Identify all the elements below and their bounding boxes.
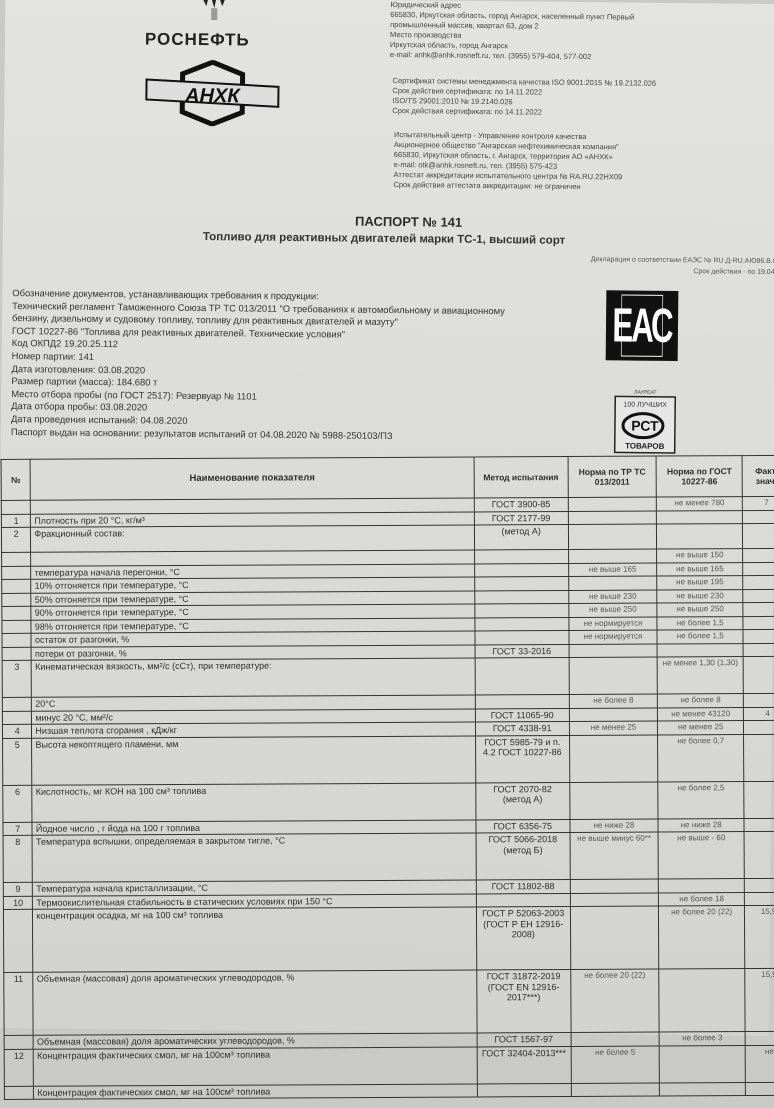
- table-row: 5Высота некоптящего пламени, ммГОСТ 5985…: [3, 734, 774, 785]
- row-norm-tr: не более 20 (22): [571, 969, 660, 1032]
- table-row: концентрация осадка, мг на 100 см³ топли…: [3, 905, 774, 972]
- row-number: [2, 620, 31, 634]
- table-body: ГОСТ 3900-85не менее 78071Плотность при …: [1, 496, 774, 1032]
- row-name: концентрация осадка, мг на 100 см³ топли…: [33, 907, 476, 972]
- row-method: [474, 563, 568, 577]
- row-method: ГОСТ 4338-91: [475, 721, 569, 735]
- row-method: (метод А): [474, 524, 568, 549]
- row-name: Кинематическая вязкость, мм²/с (сСт), пр…: [32, 658, 475, 697]
- row-number: 7: [3, 822, 32, 836]
- row-method: ГОСТ 6356-75: [476, 819, 570, 833]
- document-title: ПАСПОРТ № 141: [355, 214, 462, 230]
- row-method: ГОСТ 33-2016: [475, 644, 569, 658]
- svg-text:100 ЛУЧШИХ: 100 ЛУЧШИХ: [623, 401, 667, 408]
- row-norm-gost: [656, 510, 742, 524]
- row-norm-gost: не менее 25: [658, 721, 744, 735]
- row-fact: 7: [743, 496, 774, 510]
- row-number: [2, 566, 31, 580]
- row-method: ГОСТ 5066-2018 (метод Б): [476, 832, 571, 879]
- row-number: [2, 579, 31, 593]
- row-norm-gost: не менее 1,30 (1,30): [657, 657, 743, 694]
- row-fact: [744, 818, 774, 832]
- row-number: 10: [3, 896, 32, 910]
- row-number: 11: [4, 972, 34, 1032]
- row-method: [474, 549, 568, 563]
- row-name: Кислотность, мг КОН на 100 см³ топлива: [32, 782, 475, 821]
- row-fact: [744, 781, 774, 818]
- product-info: Обозначение документов, устанавливающих …: [11, 287, 505, 443]
- row-norm-gost: [658, 879, 744, 893]
- row-method: ГОСТ 5985-79 и п. 4.2 ГОСТ 10227-86: [475, 735, 570, 782]
- row-fact: [744, 734, 774, 781]
- table-row: 11Объемная (массовая) доля ароматических…: [4, 968, 774, 1032]
- brand-name: РОСНЕФТЬ: [145, 29, 250, 50]
- row-fact: [743, 523, 774, 548]
- row-method: ГОСТ 11065-90: [475, 708, 569, 722]
- row-norm-gost: не выше 250: [657, 603, 743, 617]
- row-norm-tr: [570, 782, 658, 819]
- address-block: Юридический адрес 665830, Иркутская обла…: [390, 0, 635, 63]
- row-name: Объемная (массовая) доля ароматических у…: [33, 970, 476, 1032]
- svg-text:ЛАУРЕАТ: ЛАУРЕАТ: [634, 390, 656, 396]
- svg-text:ТОВАРОВ: ТОВАРОВ: [625, 441, 665, 450]
- row-norm-tr: [570, 906, 659, 969]
- row-fact: [743, 562, 774, 576]
- row-norm-tr: [569, 657, 657, 694]
- row-norm-tr: не выше 165: [569, 563, 657, 577]
- row-norm-gost: [659, 969, 746, 1032]
- row-method: [474, 603, 568, 617]
- row-name: Температура вспышки, определяемая в закр…: [32, 833, 475, 882]
- row-number: [1, 500, 30, 514]
- certificates-block: Сертификат системы менеджмента качества …: [392, 76, 656, 119]
- col-norm-tr: Норма по ТР ТС 013/2011: [568, 456, 656, 497]
- row-method: [476, 893, 570, 907]
- row-norm-tr: [569, 735, 657, 782]
- row-method: [474, 617, 568, 631]
- row-norm-gost: не более 0,7: [658, 734, 744, 781]
- row-norm-tr: [569, 644, 657, 658]
- col-method: Метод испытания: [474, 456, 569, 497]
- row-fact: [743, 589, 774, 603]
- row-norm-tr: не выше 250: [569, 603, 657, 617]
- row-fact: [744, 831, 774, 878]
- row-number: 3: [2, 660, 32, 697]
- row-fact: [745, 892, 774, 906]
- declaration-validity: Срок действия - по 19.04.: [591, 265, 774, 278]
- declaration-block: Декларация о соответствии ЕАЭС № RU Д-RU…: [591, 254, 774, 278]
- row-norm-tr: не менее 25: [569, 721, 657, 735]
- row-norm-gost: не выше 230: [657, 589, 743, 603]
- row-method: [475, 694, 569, 708]
- table-row: 8Температура вспышки, определяемая в зак…: [3, 831, 774, 882]
- row-number: 1: [1, 514, 30, 528]
- row-fact: [743, 656, 774, 693]
- col-num: №: [1, 459, 31, 500]
- row-norm-tr: не более 8: [569, 694, 657, 708]
- row-method: ГОСТ 2070-82 (метод А): [475, 782, 570, 819]
- row-number: 9: [3, 882, 32, 896]
- anhk-logo-text: АНХК: [184, 85, 241, 108]
- row-norm-gost: не более 8: [657, 694, 743, 708]
- row-norm-gost: не менее 43120: [657, 707, 743, 721]
- col-name: Наименование показателя: [30, 457, 473, 500]
- row-norm-gost: не более 20 (22): [659, 906, 746, 969]
- row-method: ГОСТ 2177-99: [474, 511, 568, 525]
- row-number: [2, 711, 31, 725]
- row-norm-tr: не выше минус 60**: [570, 832, 658, 879]
- row-norm-gost: не выше - 60: [658, 832, 744, 879]
- document-subtitle: Топливо для реактивных двигателей марки …: [203, 231, 565, 247]
- row-norm-tr: [569, 708, 657, 722]
- table-row: 6Кислотность, мг КОН на 100 см³ топливаГ…: [3, 781, 774, 822]
- row-norm-gost: не более 1,5: [657, 616, 743, 630]
- best-goods-badge-icon: ЛАУРЕАТ 100 ЛУЧШИХ РСТ ТОВАРОВ: [613, 387, 678, 454]
- col-fact: Факт. знач.: [742, 455, 774, 496]
- anhk-logo-icon: АНХК: [142, 59, 283, 126]
- cert-line: Срок действия сертификата: по 14.11.2022: [392, 106, 656, 119]
- row-number: 4: [2, 724, 31, 738]
- eac-mark-text: ЕАС: [621, 294, 663, 356]
- row-norm-tr: [568, 549, 656, 563]
- row-norm-gost: [657, 643, 743, 657]
- row-number: 2: [1, 527, 31, 552]
- contact-line: e-mail: anhk@anhk.rosneft.ru, тел. (3955…: [390, 50, 634, 63]
- row-method: [474, 576, 568, 590]
- row-number: 6: [3, 785, 33, 822]
- row-fact: [744, 720, 774, 734]
- row-method: ГОСТ Р 52063-2003 (ГОСТ Р ЕН 12916-2008): [476, 906, 571, 969]
- row-norm-tr: [570, 893, 658, 907]
- row-norm-tr: не нормируется: [569, 617, 657, 631]
- row-number: [2, 606, 31, 620]
- row-method: ГОСТ 11802-88: [476, 879, 570, 893]
- row-norm-gost: не выше 195: [657, 576, 743, 590]
- row-fact: [743, 602, 774, 616]
- lab-block: Испытательный центр - Управление контрол…: [393, 130, 622, 192]
- row-number: 5: [3, 738, 33, 785]
- row-norm-tr: [568, 497, 656, 511]
- svg-text:РСТ: РСТ: [631, 418, 659, 434]
- row-norm-tr: не ниже 28: [570, 819, 658, 833]
- row-method: ГОСТ 3900-85: [474, 497, 568, 511]
- row-norm-gost: не менее 780: [656, 497, 742, 511]
- row-norm-gost: не более 2,5: [658, 781, 744, 818]
- row-fact: [743, 616, 774, 630]
- row-fact: [743, 575, 774, 589]
- row-norm-gost: не выше 165: [657, 562, 743, 576]
- row-norm-tr: не выше 230: [569, 590, 657, 604]
- row-number: 8: [3, 835, 33, 882]
- row-method: [475, 630, 569, 644]
- row-number: [2, 633, 31, 647]
- row-number: [2, 593, 31, 607]
- row-norm-gost: [657, 524, 743, 549]
- row-fact: [743, 510, 774, 524]
- table-header-row: № Наименование показателя Метод испытани…: [1, 455, 774, 500]
- row-norm-tr: [568, 524, 656, 549]
- row-fact: [743, 643, 774, 657]
- row-fact: [745, 878, 774, 892]
- row-fact: 15,9: [745, 968, 774, 1031]
- row-norm-gost: не выше 150: [657, 549, 743, 563]
- eac-mark-icon: ЕАС: [606, 290, 679, 361]
- row-norm-tr: [570, 879, 658, 893]
- row-method: ГОСТ 31872-2019 (ГОСТ EN 12916-2017***): [476, 969, 571, 1032]
- indicators-table: № Наименование показателя Метод испытани…: [1, 455, 774, 1032]
- row-norm-tr: [569, 576, 657, 590]
- row-norm-gost: не ниже 28: [658, 818, 744, 832]
- row-norm-tr: [568, 511, 656, 525]
- row-method: [475, 657, 570, 694]
- row-number: [2, 647, 31, 661]
- row-number: [2, 697, 31, 711]
- row-norm-gost: не более 18: [658, 892, 744, 906]
- row-fact: [743, 629, 774, 643]
- row-name: Фракционный состав:: [31, 525, 474, 552]
- table-row: 3Кинематическая вязкость, мм²/с (сСт), п…: [2, 656, 774, 697]
- passport-document: РОСНЕФТЬ АНХК Юридический адрес 665830, …: [0, 0, 774, 1032]
- row-method: [474, 590, 568, 604]
- row-fact: 4: [744, 707, 774, 721]
- rosneft-flame-icon: [200, 0, 230, 20]
- row-number: [2, 552, 31, 566]
- row-fact: [744, 693, 774, 707]
- row-fact: [743, 548, 774, 562]
- row-number: [3, 909, 33, 972]
- declaration-line: Декларация о соответствии ЕАЭС № RU Д-RU…: [591, 254, 774, 267]
- row-fact: 15,9: [745, 905, 774, 968]
- row-norm-gost: не более 1,5: [657, 630, 743, 644]
- row-name: Высота некоптящего пламени, мм: [32, 735, 475, 784]
- row-norm-tr: не нормируется: [569, 630, 657, 644]
- col-norm-gost: Норма по ГОСТ 10227-86: [656, 456, 742, 497]
